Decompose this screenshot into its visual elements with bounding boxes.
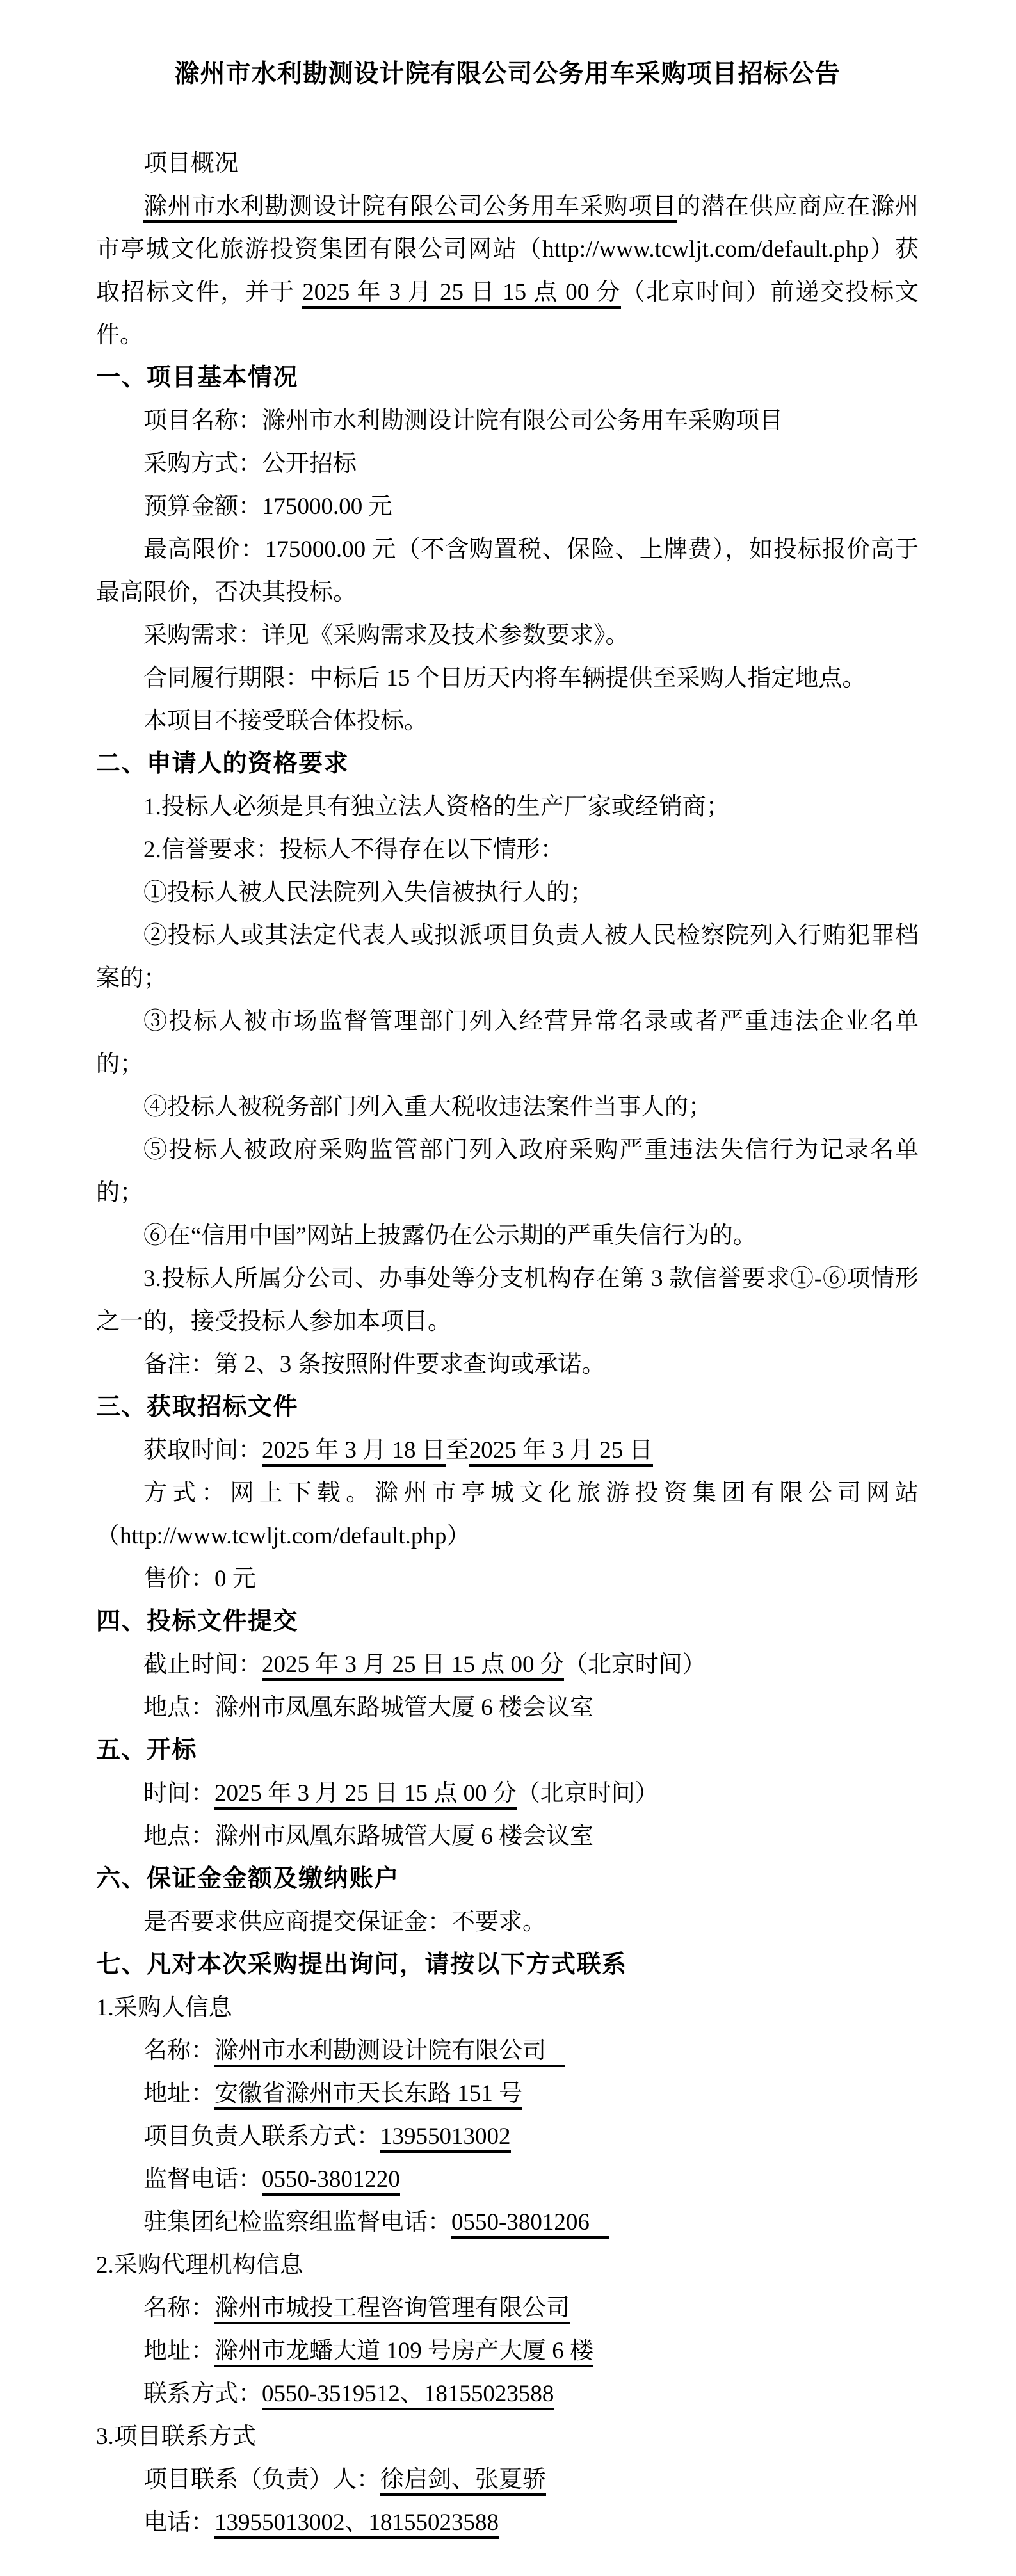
line-deposit-requirement: 是否要求供应商提交保证金：不要求。 [96,1901,919,1944]
agency-address-label: 地址： [143,2338,214,2364]
supervise-phone-underline: 0550-3801220 [262,2166,400,2196]
line-agency-address: 地址：滁州市龙蟠大道 109 号房产大厦 6 楼 [96,2330,919,2372]
line-project-contact-phone: 电话：13955013002、18155023588 [96,2501,919,2544]
section-7-heading: 七、凡对本次采购提出询问，请按以下方式联系 [96,1944,919,1986]
project-contact-person-label: 项目联系（负责）人： [143,2467,380,2493]
project-contact-label: 3.项目联系方式 [96,2415,919,2458]
qualification-item-2: 2.信誉要求：投标人不得存在以下情形： [96,828,919,871]
line-buyer-pm-contact: 项目负责人联系方式：13955013002 [96,2115,919,2158]
credit-item-4: ④投标人被税务部门列入重大税收违法案件当事人的； [96,1086,919,1129]
submission-deadline-tail: （北京时间） [564,1652,706,1678]
line-opening-time: 时间：2025 年 3 月 25 日 15 点 00 分（北京时间） [96,1772,919,1815]
line-buyer-name: 名称：滁州市水利勘测设计院有限公司 [96,2029,919,2072]
agency-name-underline: 滁州市城投工程咨询管理有限公司 [214,2295,570,2324]
line-no-consortium: 本项目不接受联合体投标。 [96,700,919,743]
buyer-address-label: 地址： [143,2081,214,2107]
project-name-underline: 滁州市水利勘测设计院有限公司公务用车采购项目 [143,193,677,223]
section-6-heading: 六、保证金金额及缴纳账户 [96,1858,919,1901]
buyer-name-label: 名称： [143,2038,214,2064]
project-contact-phone-label: 电话： [143,2509,214,2536]
buyer-name-underline: 滁州市水利勘测设计院有限公司 [214,2038,565,2067]
discipline-phone-label: 驻集团纪检监察组监督电话： [143,2209,451,2235]
agency-info-label: 2.采购代理机构信息 [96,2244,919,2287]
submission-deadline-underline: 2025 年 3 月 25 日 15 点 00 分 [262,1652,564,1681]
line-document-price: 售价：0 元 [96,1558,919,1600]
line-price-ceiling: 最高限价：175000.00 元（不含购置税、保险、上牌费），如投标报价高于最高… [96,528,919,614]
buyer-pm-label: 项目负责人联系方式： [143,2123,380,2150]
line-budget-amount: 预算金额：175000.00 元 [96,485,919,528]
buyer-address-underline: 安徽省滁州市天长东路 151 号 [214,2081,522,2110]
credit-item-1: ①投标人被人民法院列入失信被执行人的； [96,871,919,914]
project-contact-phone-underline: 13955013002、18155023588 [214,2509,499,2539]
obtain-method-text: 方式：网上下载。滁州市亭城文化旅游投资集团有限公司网站 [143,1480,919,1506]
line-obtain-method: 方式：网上下载。滁州市亭城文化旅游投资集团有限公司网站（http://www.t… [96,1472,919,1558]
buyer-pm-phone-underline: 13955013002 [380,2123,511,2153]
agency-name-label: 名称： [143,2295,214,2321]
opening-time-tail: （北京时间） [517,1780,659,1807]
submit-deadline-underline: 2025 年 3 月 25 日 15 点 00 分 [302,279,621,309]
obtain-time-mid: 至 [446,1437,469,1463]
line-discipline-phone: 驻集团纪检监察组监督电话：0550-3801206 [96,2201,919,2244]
line-submission-location: 地点：滁州市凤凰东路城管大厦 6 楼会议室 [96,1686,919,1729]
discipline-phone-underline: 0550-3801206 [451,2209,609,2239]
line-obtain-time: 获取时间：2025 年 3 月 18 日至2025 年 3 月 25 日 [96,1429,919,1472]
line-project-contact-person: 项目联系（负责）人：徐启剑、张夏骄 [96,2458,919,2501]
line-procurement-method: 采购方式：公开招标 [96,442,919,485]
obtain-end-date-underline: 2025 年 3 月 25 日 [469,1437,653,1467]
line-supervise-phone: 监督电话：0550-3801220 [96,2158,919,2201]
section-3-heading: 三、获取招标文件 [96,1386,919,1429]
submission-deadline-label: 截止时间： [143,1652,262,1678]
section-1-heading: 一、项目基本情况 [96,357,919,399]
document-title: 滁州市水利勘测设计院有限公司公务用车采购项目招标公告 [96,56,919,92]
qualification-note: 备注：第 2、3 条按照附件要求查询或承诺。 [96,1343,919,1386]
tender-announcement-document: 滁州市水利勘测设计院有限公司公务用车采购项目招标公告 项目概况 滁州市水利勘测设… [0,0,1016,2576]
line-agency-contact: 联系方式：0550-3519512、18155023588 [96,2372,919,2415]
section-2-heading: 二、申请人的资格要求 [96,743,919,785]
line-project-name: 项目名称：滁州市水利勘测设计院有限公司公务用车采购项目 [96,399,919,442]
credit-item-3: ③投标人被市场监督管理部门列入经营异常名录或者严重违法企业名单的； [96,1000,919,1086]
credit-item-2: ②投标人或其法定代表人或拟派项目负责人被人民检察院列入行贿犯罪档案的； [96,914,919,1000]
agency-contact-underline: 0550-3519512、18155023588 [262,2381,554,2410]
section-5-heading: 五、开标 [96,1729,919,1772]
opening-time-underline: 2025 年 3 月 25 日 15 点 00 分 [214,1780,517,1810]
website-url: （http://www.tcwljt.com/default.php） [96,1523,470,1549]
obtain-start-date-underline: 2025 年 3 月 18 日 [262,1437,446,1467]
overview-intro-paragraph: 滁州市水利勘测设计院有限公司公务用车采购项目的潜在供应商应在滁州市亭城文化旅游投… [96,185,919,357]
line-procurement-demand: 采购需求：详见《采购需求及技术参数要求》。 [96,614,919,657]
credit-item-5: ⑤投标人被政府采购监管部门列入政府采购严重违法失信行为记录名单的； [96,1129,919,1214]
agency-address-underline: 滁州市龙蟠大道 109 号房产大厦 6 楼 [214,2338,593,2367]
line-agency-name: 名称：滁州市城投工程咨询管理有限公司 [96,2287,919,2330]
line-contract-period: 合同履行期限：中标后 15 个日历天内将车辆提供至采购人指定地点。 [96,657,919,700]
supervise-phone-label: 监督电话： [143,2166,262,2193]
qualification-item-3: 3.投标人所属分公司、办事处等分支机构存在第 3 款信誉要求①-⑥项情形之一的，… [96,1257,919,1343]
qualification-item-1: 1.投标人必须是具有独立法人资格的生产厂家或经销商； [96,785,919,828]
obtain-time-label: 获取时间： [143,1437,262,1463]
line-buyer-address: 地址：安徽省滁州市天长东路 151 号 [96,2072,919,2115]
opening-time-label: 时间： [143,1780,214,1807]
line-opening-location: 地点：滁州市凤凰东路城管大厦 6 楼会议室 [96,1815,919,1858]
credit-item-6: ⑥在“信用中国”网站上披露仍在公示期的严重失信行为的。 [96,1214,919,1257]
buyer-info-label: 1.采购人信息 [96,1986,919,2029]
project-contact-person-underline: 徐启剑、张夏骄 [380,2467,546,2496]
line-submission-deadline: 截止时间：2025 年 3 月 25 日 15 点 00 分（北京时间） [96,1643,919,1686]
section-4-heading: 四、投标文件提交 [96,1600,919,1643]
overview-label: 项目概况 [96,142,919,185]
agency-contact-label: 联系方式： [143,2381,262,2407]
